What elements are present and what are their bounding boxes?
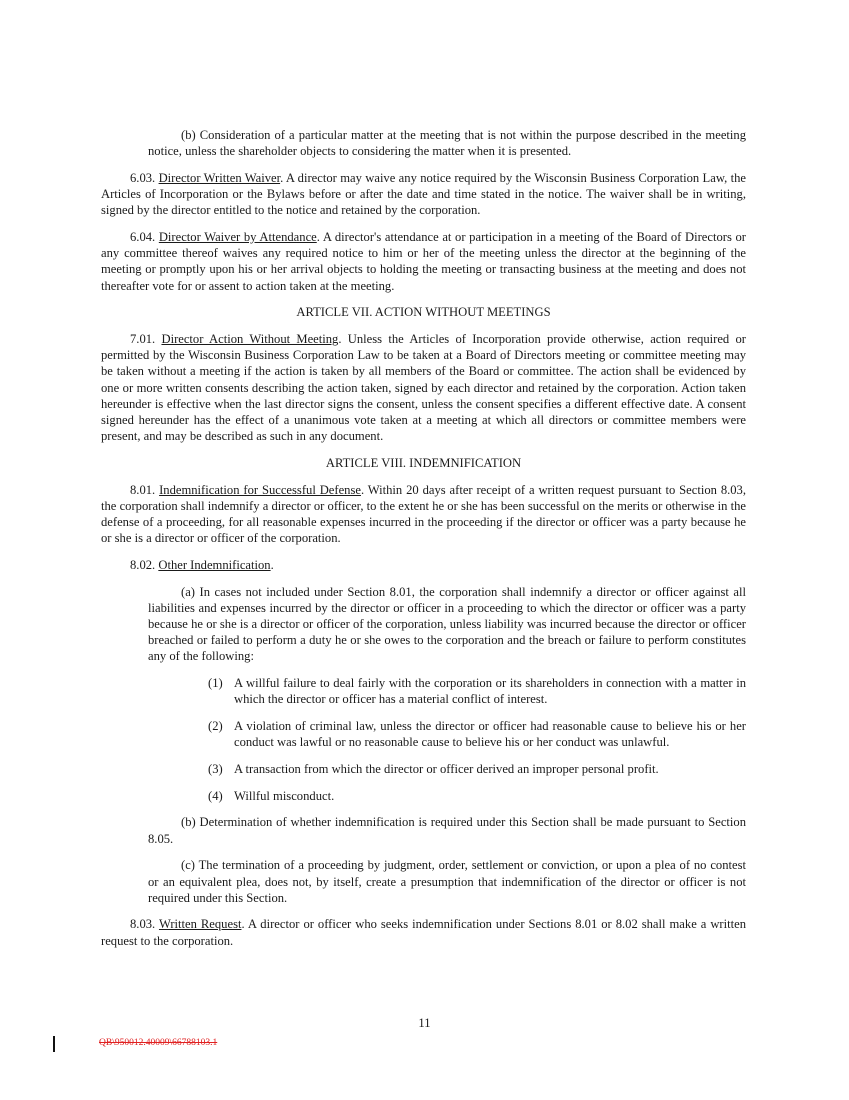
section-8-03: 8.03. Written Request. A director or off… [101, 916, 746, 948]
article-vii-heading: ARTICLE VII. ACTION WITHOUT MEETINGS [101, 304, 746, 320]
section-6-03: 6.03. Director Written Waiver. A directo… [101, 170, 746, 219]
section-title: Director Action Without Meeting [161, 332, 338, 346]
document-id-footer: QB\950012.40009\66788103.1 [99, 1038, 217, 1048]
list-item: (2)A violation of criminal law, unless t… [208, 718, 746, 750]
list-item: (1)A willful failure to deal fairly with… [208, 675, 746, 707]
paragraph-8-02-c: (c) The termination of a proceeding by j… [148, 857, 746, 906]
section-7-01: 7.01. Director Action Without Meeting. U… [101, 331, 746, 444]
section-8-02: 8.02. Other Indemnification. [101, 557, 746, 573]
section-title: Written Request [159, 917, 242, 931]
document-page: (b) Consideration of a particular matter… [101, 127, 746, 959]
section-title: Indemnification for Successful Defense [159, 483, 361, 497]
article-viii-heading: ARTICLE VIII. INDEMNIFICATION [101, 455, 746, 471]
section-title: Other Indemnification [158, 558, 270, 572]
section-title: Director Waiver by Attendance [159, 230, 317, 244]
section-title: Director Written Waiver [159, 171, 281, 185]
change-bar [53, 1036, 55, 1052]
paragraph-8-02-a: (a) In cases not included under Section … [148, 584, 746, 665]
section-8-01: 8.01. Indemnification for Successful Def… [101, 482, 746, 547]
section-6-04: 6.04. Director Waiver by Attendance. A d… [101, 229, 746, 294]
list-item: (4)Willful misconduct. [208, 788, 746, 804]
paragraph-6-02-b: (b) Consideration of a particular matter… [148, 127, 746, 159]
page-number: 11 [0, 1016, 849, 1031]
list-item: (3)A transaction from which the director… [208, 761, 746, 777]
paragraph-8-02-b: (b) Determination of whether indemnifica… [148, 814, 746, 846]
